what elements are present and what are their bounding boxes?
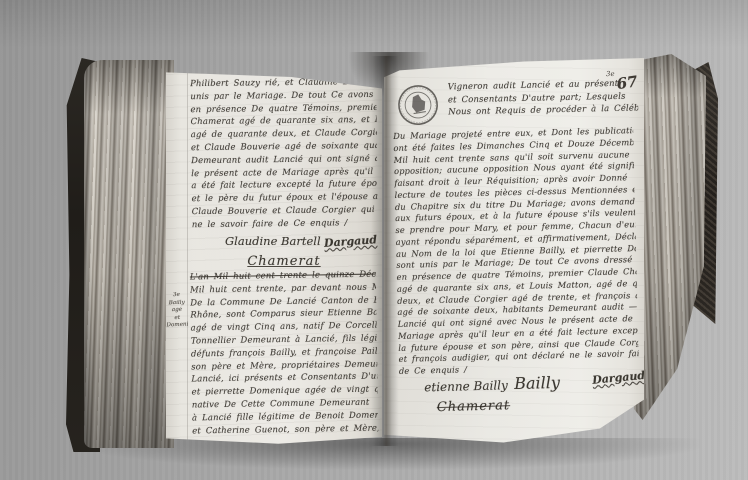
record-1-signature-row: Glaudine Bartell Dargaud (191, 234, 377, 248)
folio-number: 3e67 (606, 69, 638, 92)
signature-bailly: Bailly (514, 373, 560, 393)
handwritten-line: Nous ont Requis de procéder à la Célébra… (448, 103, 638, 120)
handwritten-line: Claude Bouverie et Claude Corgier qui on… (192, 204, 378, 219)
folio-mark: 3e (606, 70, 615, 78)
margin-note-line: Domenique (166, 322, 188, 330)
register-photograph: Philibert Sauzy rié, et Claudine Bartlet… (0, 0, 748, 480)
revenue-stamp-icon (394, 81, 442, 129)
folio-num: 67 (616, 72, 639, 93)
signature-chamerat-right: Chamerat (437, 398, 511, 415)
left-page: Philibert Sauzy rié, et Claudine Bartlet… (166, 64, 382, 446)
handwritten-line: et Catherine Guenot, son père et Mère, V… (192, 422, 378, 438)
page-edges-left (84, 60, 174, 448)
record-2-text: L'an Mil huit cent trente le quinze Déce… (190, 269, 379, 438)
margin-note: 3eBaillyagéetDomenique (165, 292, 188, 330)
right-page-body-text: Du Mariage projeté entre eux, et Dont le… (393, 125, 639, 378)
signature-chamerat: Chamerat (191, 254, 377, 269)
right-page-header: Vigneron audit Lancié et au présentet Co… (394, 75, 639, 128)
signature-paraph-dargaud: Dargaud (324, 233, 378, 250)
signature-glaudine-bartell: Glaudine Bartell (225, 234, 321, 248)
signature-etienne-bailly: etienne Bailly (424, 378, 508, 394)
record-2-lines: Mil huit cent trente, par devant nous Ma… (190, 281, 378, 437)
page-edges-right (634, 54, 706, 420)
margin-rule (187, 70, 188, 440)
handwritten-line: ne le savoir faire de Ce enquis / (192, 217, 378, 232)
right-page: Vigneron audit Lancié et au présentet Co… (384, 58, 644, 444)
record-1-text: Philibert Sauzy rié, et Claudine Bartlet… (190, 76, 378, 232)
